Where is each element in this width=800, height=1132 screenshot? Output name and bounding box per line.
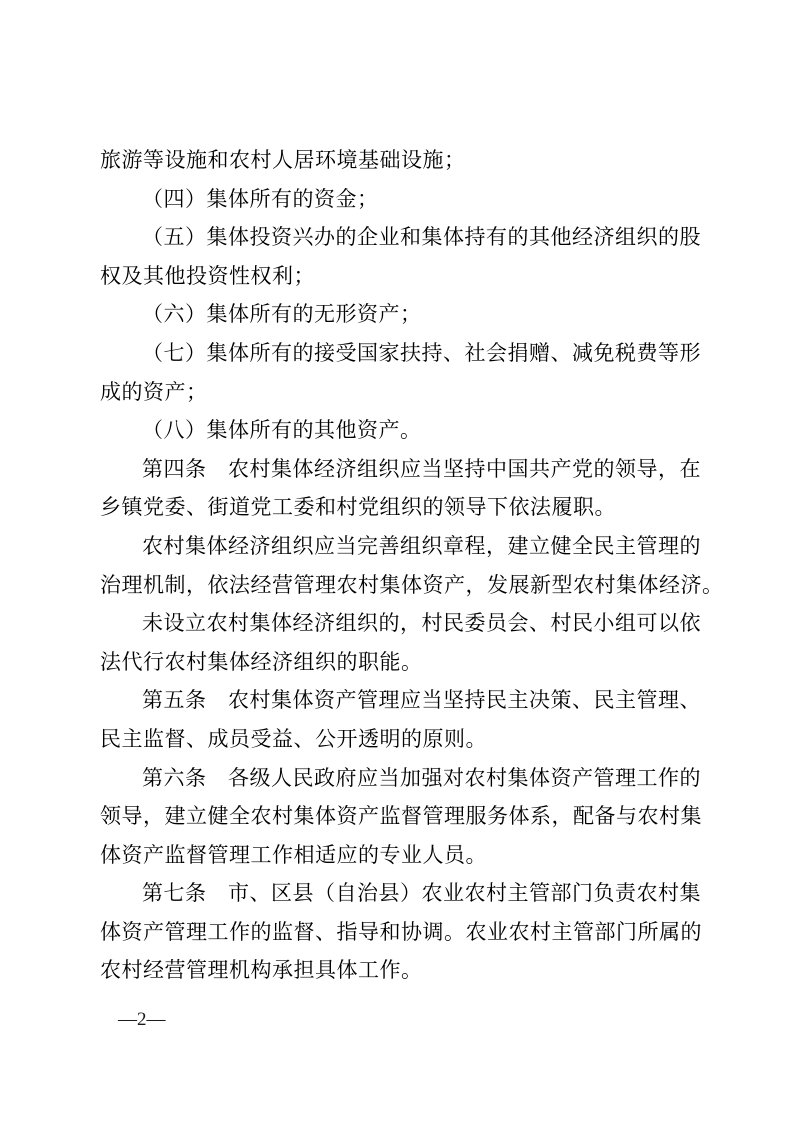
text-line: 未设立农村集体经济组织的，村民委员会、村民小组可以依 bbox=[100, 604, 740, 643]
text-line: 体资产管理工作的监督、指导和协调。农业农村主管部门所属的 bbox=[100, 913, 740, 952]
text-line: 农村经营管理机构承担具体工作。 bbox=[100, 951, 740, 990]
text-line: 权及其他投资性权利； bbox=[100, 257, 740, 296]
text-line: （四）集体所有的资金； bbox=[100, 180, 740, 219]
text-line: 第六条 各级人民政府应当加强对农村集体资产管理工作的 bbox=[100, 759, 740, 798]
document-page: 旅游等设施和农村人居环境基础设施；（四）集体所有的资金；（五）集体投资兴办的企业… bbox=[0, 0, 800, 1132]
text-line: 体资产监督管理工作相适应的专业人员。 bbox=[100, 836, 740, 875]
text-line: 第七条 市、区县（自治县）农业农村主管部门负责农村集 bbox=[100, 874, 740, 913]
text-line: 第五条 农村集体资产管理应当坚持民主决策、民主管理、 bbox=[100, 681, 740, 720]
text-line: （五）集体投资兴办的企业和集体持有的其他经济组织的股 bbox=[100, 218, 740, 257]
text-line: 法代行农村集体经济组织的职能。 bbox=[100, 643, 740, 682]
text-line: 成的资产； bbox=[100, 373, 740, 412]
text-line: 农村集体经济组织应当完善组织章程，建立健全民主管理的 bbox=[100, 527, 740, 566]
text-line: 第四条 农村集体经济组织应当坚持中国共产党的领导，在 bbox=[100, 450, 740, 489]
text-body: 旅游等设施和农村人居环境基础设施；（四）集体所有的资金；（五）集体投资兴办的企业… bbox=[100, 141, 740, 990]
text-line: 领导，建立健全农村集体资产监督管理服务体系，配备与农村集 bbox=[100, 797, 740, 836]
text-line: 民主监督、成员受益、公开透明的原则。 bbox=[100, 720, 740, 759]
text-line: （八）集体所有的其他资产。 bbox=[100, 411, 740, 450]
text-line: （七）集体所有的接受国家扶持、社会捐赠、减免税费等形 bbox=[100, 334, 740, 373]
page-number: —2— bbox=[118, 1006, 166, 1034]
text-line: （六）集体所有的无形资产； bbox=[100, 295, 740, 334]
text-line: 乡镇党委、街道党工委和村党组织的领导下依法履职。 bbox=[100, 488, 740, 527]
text-line: 旅游等设施和农村人居环境基础设施； bbox=[100, 141, 740, 180]
text-line: 治理机制，依法经营管理农村集体资产，发展新型农村集体经济。 bbox=[100, 566, 740, 605]
